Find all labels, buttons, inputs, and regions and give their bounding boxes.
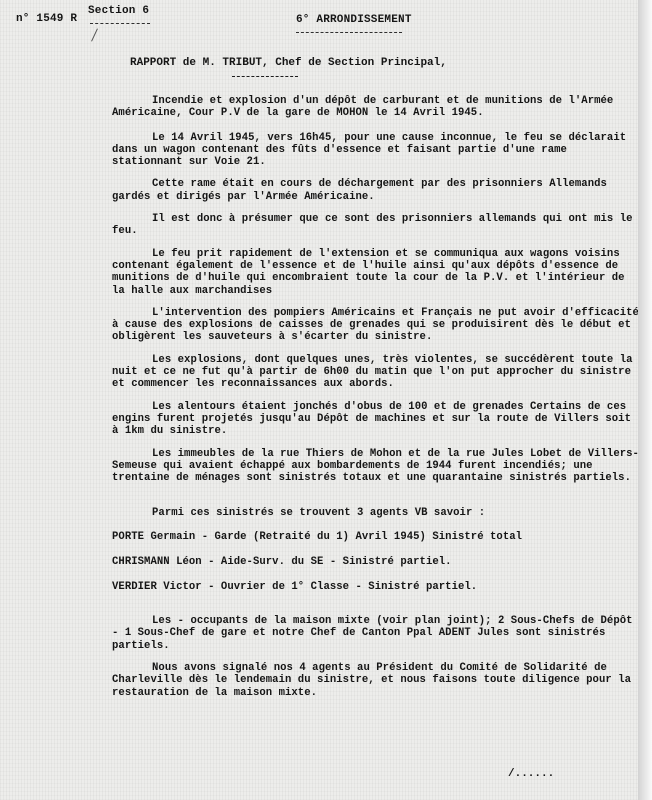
- arrondissement-underline: [296, 32, 402, 33]
- agent-entry: VERDIER Victor - Ouvrier de 1° Classe - …: [112, 581, 642, 593]
- agents-list-intro: Parmi ces sinistrés se trouvent 3 agents…: [112, 507, 642, 519]
- section-underline: [90, 23, 150, 24]
- paragraph: Il est donc à présumer que ce sont des p…: [112, 213, 642, 238]
- document-page: n° 1549 R Section 6 6° ARRONDISSEMENT RA…: [0, 0, 652, 800]
- agent-entry: CHRISMANN Léon - Aide-Surv. du SE - Sini…: [112, 556, 642, 568]
- agents-list: Parmi ces sinistrés se trouvent 3 agents…: [112, 494, 642, 605]
- report-subject: Incendie et explosion d'un dépôt de carb…: [112, 95, 642, 120]
- paragraph: Les explosions, dont quelques unes, très…: [112, 354, 642, 391]
- pen-mark: [91, 28, 98, 41]
- agent-entry: PORTE Germain - Garde (Retraité du 1) Av…: [112, 531, 642, 543]
- paragraph: L'intervention des pompiers Américains e…: [112, 307, 642, 344]
- paragraph: Cette rame était en cours de déchargemen…: [112, 178, 642, 203]
- paragraph: Les alentours étaient jonchés d'obus de …: [112, 401, 642, 438]
- report-title: RAPPORT de M. TRIBUT, Chef de Section Pr…: [130, 57, 447, 69]
- section-label: Section 6: [88, 5, 149, 17]
- reference-number: n° 1549 R: [16, 13, 77, 25]
- report-body: Incendie et explosion d'un dépôt de carb…: [112, 95, 642, 709]
- paragraph: Le 14 Avril 1945, vers 16h45, pour une c…: [112, 132, 642, 169]
- paragraph: Les immeubles de la rue Thiers de Mohon …: [112, 448, 642, 485]
- title-underline: [232, 76, 298, 77]
- paragraph: Le feu prit rapidement de l'extension et…: [112, 248, 642, 297]
- arrondissement-label: 6° ARRONDISSEMENT: [296, 14, 412, 26]
- paragraph: Nous avons signalé nos 4 agents au Prési…: [112, 662, 642, 699]
- paragraph: Les - occupants de la maison mixte (voir…: [112, 615, 642, 652]
- continuation-mark: /......: [508, 768, 554, 780]
